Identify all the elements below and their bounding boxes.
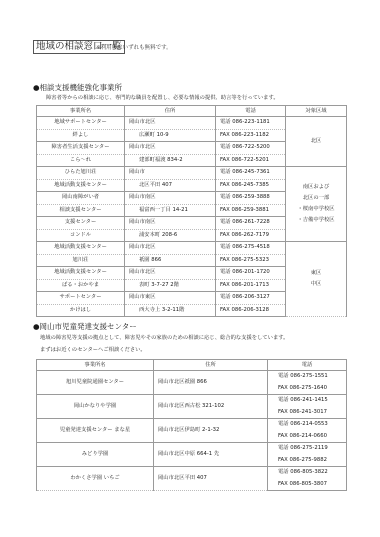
table-row: 岡山かなりや学園 岡山市北区西古松 321-102 電話 086-241-141… — [37, 395, 347, 407]
office-address: 祇園 866 — [125, 254, 216, 267]
table-header-row: 事業所名 住所 電話 — [37, 360, 347, 371]
center-address: 岡山市北区伊島町 2-1-32 — [154, 419, 268, 443]
office-name: ぱる・おかやま — [37, 279, 125, 292]
center-fax: FAX 086-275-9882 — [268, 455, 347, 467]
office-address: 岡山市東区 — [125, 292, 216, 305]
office-phone: 電話 086-201-1720 — [216, 267, 286, 280]
office-phone: 電話 086-259-3888 — [216, 192, 286, 205]
office-name: 旭川荘 — [37, 254, 125, 267]
table-row: 地域活動支援センター 岡山市北区 電話 086-275-4518 東区 中区 — [37, 242, 347, 255]
col-header-address: 住所 — [154, 360, 268, 371]
area-higashi-naka: 東区 中区 — [286, 242, 347, 317]
office-address: 岡山市南区 — [125, 192, 216, 205]
office-fax: FAX 086-223-1182 — [216, 129, 286, 142]
center-fax: FAX 086-805-3807 — [268, 479, 347, 491]
center-name: 旭川児童院通園センター — [37, 371, 154, 395]
office-address: 建部町福渡 834-2 — [125, 154, 216, 167]
col-header-phone: 電話 — [216, 106, 286, 117]
section1-heading: ●相談支援機能強化事業所 — [33, 83, 122, 93]
office-name: コンドル — [37, 229, 125, 242]
office-address: 岡山市北区 — [125, 242, 216, 255]
office-address: 北区平田 407 — [125, 179, 216, 192]
office-fax: FAX 086-722-5201 — [216, 154, 286, 167]
area-kita: 北区 — [286, 117, 347, 167]
office-name: 地域サポートセンター — [37, 117, 125, 130]
office-fax: FAX 086-259-3881 — [216, 204, 286, 217]
office-name: サポートセンター — [37, 292, 125, 305]
col-header-address: 住所 — [125, 106, 216, 117]
section2-description-1: 地域の障害児等支援の拠点として、障害児やその家族のための相談に応じ、総合的な支援… — [40, 335, 288, 342]
area-minami: 南区および 北区の一部 ・桜南中学校区 ・吉備中学校区 — [286, 167, 347, 242]
office-name: 地域活動支援センター — [37, 267, 125, 280]
office-name: 絆よし — [37, 129, 125, 142]
section2-description-2: まずはお近くのセンターへご相談ください。 — [40, 347, 146, 354]
center-phone: 電話 086-241-1415 — [268, 395, 347, 407]
child-development-center-table: 事業所名 住所 電話 旭川児童院通園センター 岡山市北区祇園 866 電話 08… — [36, 359, 347, 491]
office-address: 岡山市北区 — [125, 142, 216, 155]
table-row: 旭川児童院通園センター 岡山市北区祇園 866 電話 086-275-1551 — [37, 371, 347, 383]
office-address: 西大寺上 3-2-11階 — [125, 304, 216, 317]
table-row: みどり学園 岡山市北区中原 664-1 先 電話 086-275-2119 — [37, 443, 347, 455]
office-fax: FAX 086-262-7179 — [216, 229, 286, 242]
office-phone: 電話 086-206-3127 — [216, 292, 286, 305]
office-fax: FAX 086-201-1713 — [216, 279, 286, 292]
office-address: 岡山市北区 — [125, 117, 216, 130]
office-phone: 電話 086-223-1181 — [216, 117, 286, 130]
office-name: 障害者生活支援センター — [37, 142, 125, 155]
office-address: 福富西一丁目 14-21 — [125, 204, 216, 217]
section2-heading: ●岡山市児童発達支援センター — [33, 322, 137, 332]
col-header-name: 事業所名 — [37, 360, 154, 371]
office-fax: FAX 086-245-7385 — [216, 179, 286, 192]
office-address: 表町 3-7-27 2階 — [125, 279, 216, 292]
col-header-name: 事業所名 — [37, 106, 125, 117]
office-name: 支援センター — [37, 217, 125, 230]
office-fax: FAX 086-275-5323 — [216, 254, 286, 267]
office-name: 地域活動支援センター — [37, 179, 125, 192]
center-address: 岡山市北区中原 664-1 先 — [154, 443, 268, 467]
office-fax: FAX 086-206-3128 — [216, 304, 286, 317]
center-address: 岡山市北区祇園 866 — [154, 371, 268, 395]
center-phone: 電話 086-275-1551 — [268, 371, 347, 383]
center-address: 岡山市北区平田 407 — [154, 467, 268, 491]
center-name: 児童発達支援センター まな星 — [37, 419, 154, 443]
center-fax: FAX 086-275-1640 — [268, 383, 347, 395]
center-fax: FAX 086-241-3017 — [268, 407, 347, 419]
col-header-area: 対象区域 — [286, 106, 347, 117]
office-address: 広瀬町 10-9 — [125, 129, 216, 142]
center-name: 岡山かなりや学園 — [37, 395, 154, 419]
office-name: 地域活動支援センター — [37, 242, 125, 255]
office-phone: 電話 086-245-7361 — [216, 167, 286, 180]
office-address: 岡山市 — [125, 167, 216, 180]
office-name: かけはし — [37, 304, 125, 317]
section1-description: 障害者等からの相談に応じ、専門的な職員を配置し、必要な情報の提供、助言等を行って… — [46, 95, 279, 102]
center-fax: FAX 086-214-0660 — [268, 431, 347, 443]
office-address: 岡山市北区 — [125, 267, 216, 280]
center-name: わかくさ学園 いちご — [37, 467, 154, 491]
office-phone: 電話 086-261-7228 — [216, 217, 286, 230]
center-phone: 電話 086-275-2119 — [268, 443, 347, 455]
table-row: 地域サポートセンター 岡山市北区 電話 086-223-1181 北区 — [37, 117, 347, 130]
center-phone: 電話 086-214-0553 — [268, 419, 347, 431]
office-address: 浦安本町 208-6 — [125, 229, 216, 242]
table-row: 児童発達支援センター まな星 岡山市北区伊島町 2-1-32 電話 086-21… — [37, 419, 347, 431]
office-phone: 電話 086-722-5200 — [216, 142, 286, 155]
center-address: 岡山市北区西古松 321-102 — [154, 395, 268, 419]
consultation-support-table: 事業所名 住所 電話 対象区域 地域サポートセンター 岡山市北区 電話 086-… — [36, 105, 347, 317]
office-name: 相談支援センター — [37, 204, 125, 217]
col-header-phone: 電話 — [268, 360, 347, 371]
office-address: 岡山市南区 — [125, 217, 216, 230]
table-row: わかくさ学園 いちご 岡山市北区平田 407 電話 086-805-3822 — [37, 467, 347, 479]
table-header-row: 事業所名 住所 電話 対象区域 — [37, 106, 347, 117]
office-name: こら～れ — [37, 154, 125, 167]
office-name: 岡山南障がい者 — [37, 192, 125, 205]
fee-note: ※利用料はいずれも無料です。 — [96, 43, 172, 51]
office-name: ひらた旭川荘 — [37, 167, 125, 180]
table-row: ひらた旭川荘 岡山市 電話 086-245-7361 南区および 北区の一部 ・… — [37, 167, 347, 180]
office-phone: 電話 086-275-4518 — [216, 242, 286, 255]
center-phone: 電話 086-805-3822 — [268, 467, 347, 479]
center-name: みどり学園 — [37, 443, 154, 467]
